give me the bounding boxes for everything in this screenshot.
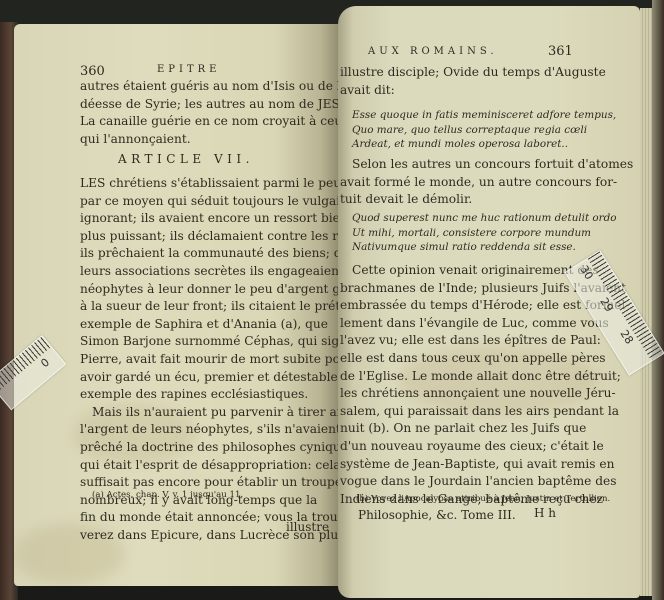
running-head: AUX ROMAINS. [368,46,498,57]
book-cover-right [652,0,664,600]
signature-line: Philosophie, &c. Tome III. [358,508,516,522]
opening-paragraph: autres étaient guéris au nom d'Isis ou d… [80,78,308,148]
catchword: illustre [286,520,329,534]
paragraph-atoms: Selon les autres un concours fortuit d'a… [340,156,572,209]
page-number: 360 [80,64,105,79]
signature-mark: H h [534,506,556,520]
paragraph-opinion: Cette opinion venait originairement des … [340,262,572,508]
page-number: 361 [548,44,573,59]
article-heading: ARTICLE VII. [118,152,254,166]
running-head: EPITRE [157,64,220,75]
latin-verse-ovid: Esse quoque in fatis meminisceret adfore… [352,108,616,152]
footnote: (a) Actes, chap. V, v. 1 jusqu'au 11. [92,490,243,500]
latin-verse-lucretius: Quod superest nunc me huc rationum detul… [352,211,617,255]
footnote: (b) Voyez l'Apocalypse attribué à Jean, … [356,494,610,504]
opening-paragraph: illustre disciple; Ovide du temps d'Augu… [340,64,572,99]
left-page: 360 EPITRE autres étaient guéris au nom … [14,24,340,586]
